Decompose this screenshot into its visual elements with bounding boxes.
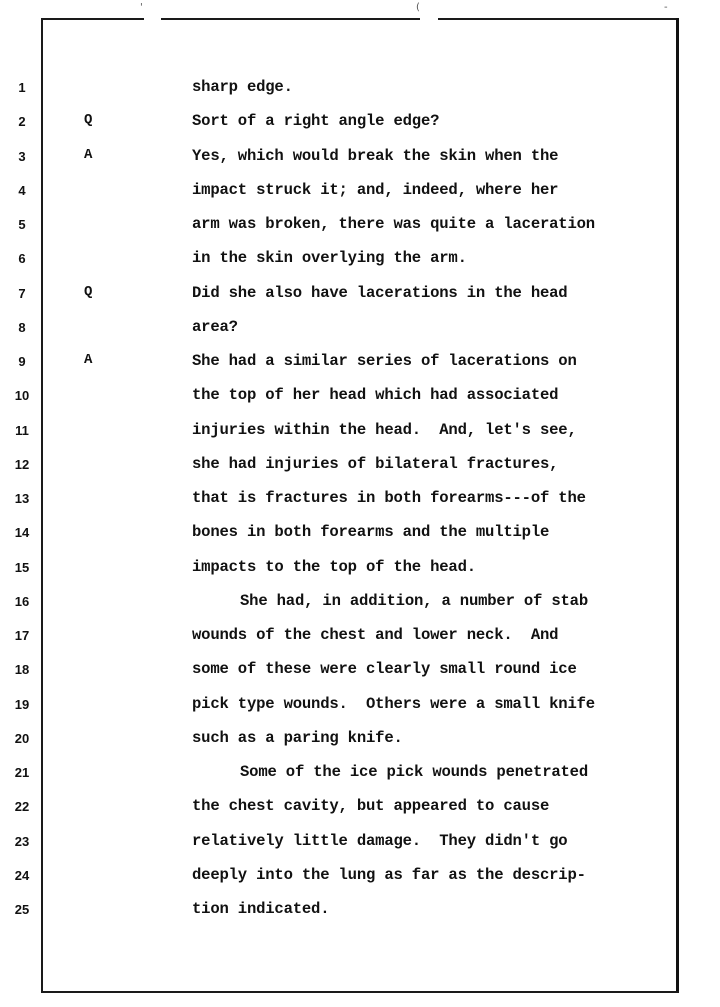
page-border-bottom [41,991,679,993]
line-number: 20 [8,731,36,746]
line-number: 16 [8,594,36,609]
line-text: that is fractures in both forearms---of … [192,489,586,507]
line-text: arm was broken, there was quite a lacera… [192,215,595,233]
page-border-top [41,18,144,20]
line-text: impacts to the top of the head. [192,558,476,576]
line-text: impact struck it; and, indeed, where her [192,181,558,199]
scan-mark: - [664,2,668,13]
line-number: 6 [8,251,36,266]
line-number: 15 [8,560,36,575]
line-text: pick type wounds. Others were a small kn… [192,695,595,713]
transcript-line: 23relatively little damage. They didn't … [0,828,720,862]
line-text: she had injuries of bilateral fractures, [192,455,558,473]
line-number: 11 [8,423,36,438]
line-text: She had, in addition, a number of stab [240,592,588,610]
line-number: 10 [8,388,36,403]
line-text: sharp edge. [192,78,293,96]
line-number: 7 [8,286,36,301]
line-text: relatively little damage. They didn't go [192,832,567,850]
line-text: area? [192,318,238,336]
line-number: 19 [8,697,36,712]
transcript-line: 15impacts to the top of the head. [0,554,720,588]
line-text: Sort of a right angle edge? [192,112,439,130]
line-number: 12 [8,457,36,472]
transcript-line: 10the top of her head which had associat… [0,382,720,416]
line-number: 24 [8,868,36,883]
line-text: Some of the ice pick wounds penetrated [240,763,588,781]
transcript-line: 22the chest cavity, but appeared to caus… [0,793,720,827]
transcript-line: 6in the skin overlying the arm. [0,245,720,279]
scan-mark: ' [140,2,143,13]
page-border-top [161,18,420,20]
scan-mark: ( [416,2,420,13]
line-number: 17 [8,628,36,643]
line-number: 23 [8,834,36,849]
line-number: 21 [8,765,36,780]
line-text: Yes, which would break the skin when the [192,147,558,165]
transcript-line: 7QDid she also have lacerations in the h… [0,280,720,314]
transcript-line: 1sharp edge. [0,74,720,108]
line-text: tion indicated. [192,900,329,918]
line-number: 1 [8,80,36,95]
transcript-line: 13that is fractures in both forearms---o… [0,485,720,519]
line-text: the chest cavity, but appeared to cause [192,797,549,815]
speaker-marker: A [84,352,92,368]
line-text: injuries within the head. And, let's see… [192,421,577,439]
line-number: 2 [8,114,36,129]
transcript-line: 2QSort of a right angle edge? [0,108,720,142]
page-border-top [438,18,679,20]
speaker-marker: A [84,147,92,163]
line-number: 4 [8,183,36,198]
line-number: 25 [8,902,36,917]
transcript-line: 3AYes, which would break the skin when t… [0,143,720,177]
transcript-line: 16She had, in addition, a number of stab [0,588,720,622]
line-text: She had a similar series of lacerations … [192,352,577,370]
line-number: 13 [8,491,36,506]
line-number: 18 [8,662,36,677]
transcript-line: 5arm was broken, there was quite a lacer… [0,211,720,245]
transcript-line: 18some of these were clearly small round… [0,656,720,690]
transcript-line: 8area? [0,314,720,348]
speaker-marker: Q [84,284,92,300]
line-number: 14 [8,525,36,540]
transcript-line: 12she had injuries of bilateral fracture… [0,451,720,485]
line-number: 9 [8,354,36,369]
transcript-line: 24deeply into the lung as far as the des… [0,862,720,896]
transcript-line: 11injuries within the head. And, let's s… [0,417,720,451]
line-text: Did she also have lacerations in the hea… [192,284,567,302]
line-text: in the skin overlying the arm. [192,249,467,267]
line-number: 5 [8,217,36,232]
transcript-line: 20such as a paring knife. [0,725,720,759]
transcript-line: 4impact struck it; and, indeed, where he… [0,177,720,211]
transcript-line: 25tion indicated. [0,896,720,930]
line-text: wounds of the chest and lower neck. And [192,626,558,644]
line-number: 22 [8,799,36,814]
line-number: 8 [8,320,36,335]
transcript-line: 17wounds of the chest and lower neck. An… [0,622,720,656]
line-text: such as a paring knife. [192,729,403,747]
transcript-line: 21Some of the ice pick wounds penetrated [0,759,720,793]
transcript-line: 14bones in both forearms and the multipl… [0,519,720,553]
speaker-marker: Q [84,112,92,128]
transcript-line: 9AShe had a similar series of laceration… [0,348,720,382]
line-text: the top of her head which had associated [192,386,558,404]
transcript-page: ' ( - 1sharp edge.2QSort of a right angl… [0,0,720,1007]
line-text: bones in both forearms and the multiple [192,523,549,541]
line-text: some of these were clearly small round i… [192,660,577,678]
line-text: deeply into the lung as far as the descr… [192,866,586,884]
line-number: 3 [8,149,36,164]
transcript-line: 19pick type wounds. Others were a small … [0,691,720,725]
